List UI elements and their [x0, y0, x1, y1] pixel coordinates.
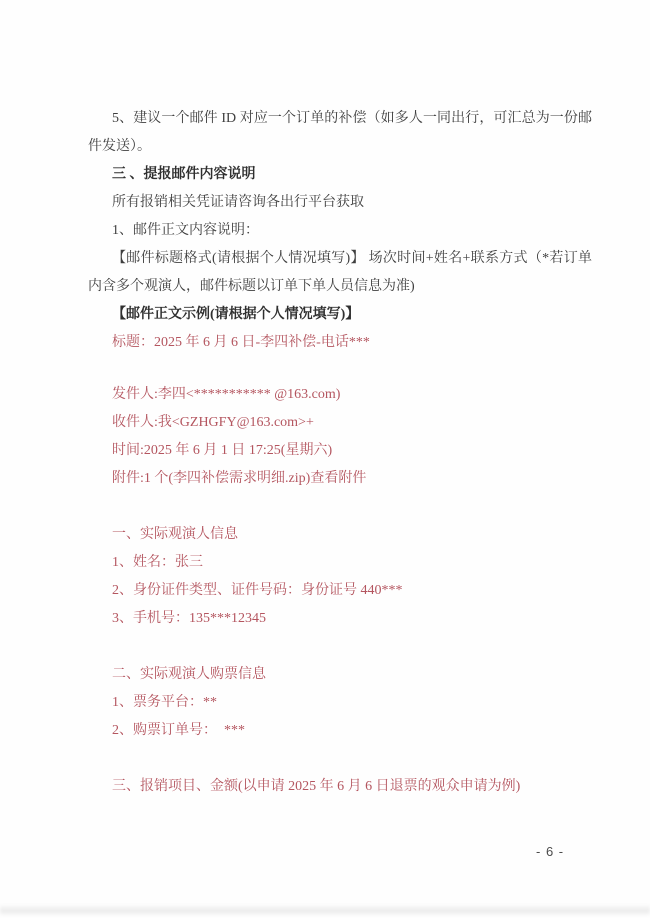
ticket-platform-line: 1、票务平台：** [88, 689, 592, 717]
viewer-id-line: 2、身份证件类型、证件号码：身份证号 440*** [88, 577, 592, 605]
email-attachment-line: 附件:1 个(李四补偿需求明细.zip)查看附件 [88, 465, 592, 493]
email-subject-line: 标题：2025 年 6 月 6 日-李四补偿-电话*** [88, 329, 592, 357]
body-example-heading: 【邮件正文示例(请根据个人情况填写)】 [88, 301, 592, 329]
paragraph-item5: 5、建议一个邮件 ID 对应一个订单的补偿（如多人一同出行，可汇总为一份邮件发送… [88, 105, 592, 161]
vertical-gap [88, 493, 592, 521]
vertical-gap [88, 745, 592, 773]
scanned-document-page: 5、建议一个邮件 ID 对应一个订单的补偿（如多人一同出行，可汇总为一份邮件发送… [0, 0, 650, 918]
paragraph-vouchers-note: 所有报销相关凭证请咨询各出行平台获取 [88, 189, 592, 217]
example-section2-heading: 二、实际观演人购票信息 [88, 661, 592, 689]
example-section1-heading: 一、实际观演人信息 [88, 521, 592, 549]
scan-edge-artifact [0, 904, 650, 915]
email-time-line: 时间:2025 年 6 月 1 日 17:25(星期六) [88, 437, 592, 465]
vertical-gap [88, 357, 592, 381]
paragraph-item1-body-note: 1、邮件正文内容说明： [88, 217, 592, 245]
section3-heading: 三 、提报邮件内容说明 [88, 161, 592, 189]
email-from-line: 发件人:李四<*********** @163.com) [88, 381, 592, 409]
paragraph-title-format-note: 【邮件标题格式(请根据个人情况填写)】 场次时间+姓名+联系方式（*若订单内含多… [88, 245, 592, 301]
viewer-name-line: 1、姓名：张三 [88, 549, 592, 577]
example-section3-heading: 三、报销项目、金额(以申请 2025 年 6 月 6 日退票的观众申请为例) [88, 773, 592, 801]
vertical-gap [88, 633, 592, 661]
order-number-line: 2、购票订单号： *** [88, 717, 592, 745]
document-content: 5、建议一个邮件 ID 对应一个订单的补偿（如多人一同出行，可汇总为一份邮件发送… [88, 0, 592, 801]
email-to-line: 收件人:我<GZHGFY@163.com>+ [88, 409, 592, 437]
page-number: - 6 - [536, 844, 564, 859]
viewer-phone-line: 3、手机号：135***12345 [88, 605, 592, 633]
